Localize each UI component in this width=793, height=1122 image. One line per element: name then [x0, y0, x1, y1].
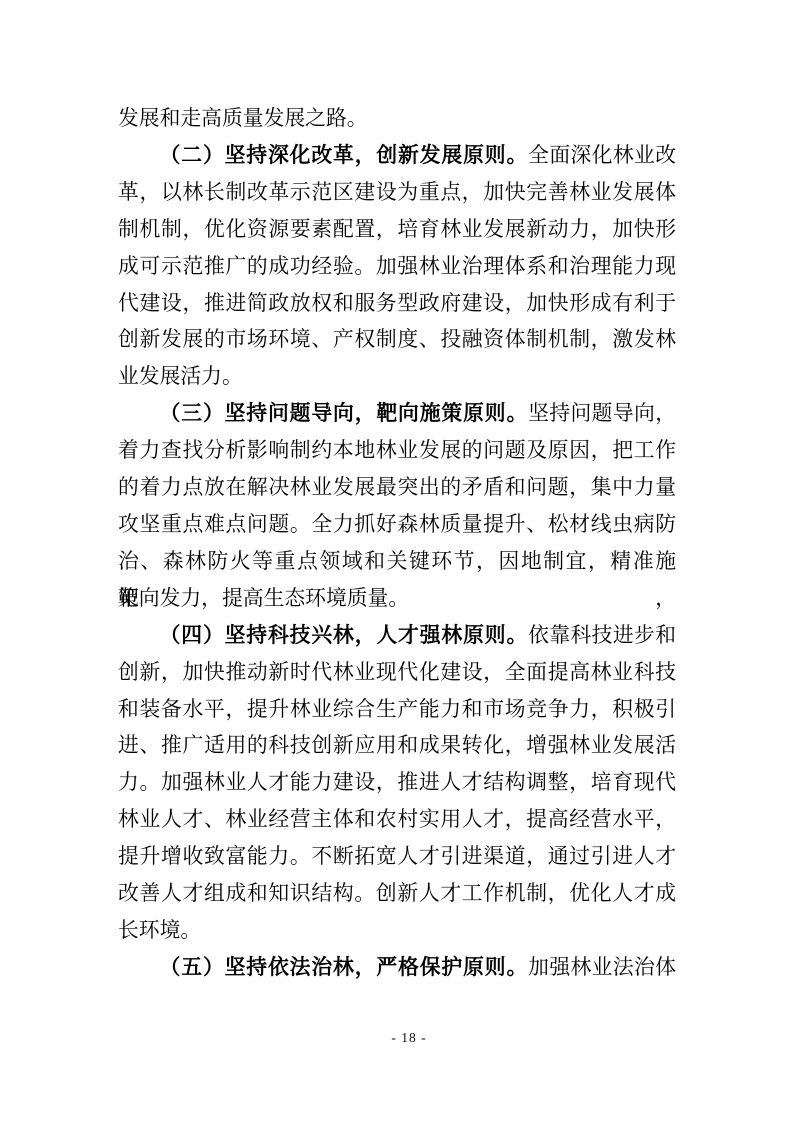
text-line: 革，以林长制改革示范区建设为重点，加快完善林业发展体 — [118, 175, 676, 212]
text-line: 代建设，推进简政放权和服务型政府建设，加快形成有利于 — [118, 286, 676, 323]
text-line: 的着力点放在解决林业发展最突出的矛盾和问题，集中力量 — [118, 470, 676, 507]
text-line: 治、森林防火等重点领域和关键环节，因地制宜，精准施策， — [118, 544, 676, 581]
section-heading: （三）坚持问题导向，靶向施策原则。 — [160, 402, 529, 425]
text-line: 创新发展的市场环境、产权制度、投融资体制机制，激发林 — [118, 322, 676, 359]
text-line: 提升增收致富能力。不断拓宽人才引进渠道，通过引进人才 — [118, 839, 676, 876]
text-line: 制机制，优化资源要素配置，培育林业发展新动力，加快形 — [118, 212, 676, 249]
text-line: 改善人才组成和知识结构。创新人才工作机制，优化人才成 — [118, 876, 676, 913]
section-heading: （四）坚持科技兴林，人才强林原则。 — [160, 624, 529, 647]
text-line: 业发展活力。 — [118, 359, 676, 396]
text-line: 发展和走高质量发展之路。 — [118, 101, 676, 138]
text-line: 长环境。 — [118, 913, 676, 950]
text-line: （三）坚持问题导向，靶向施策原则。坚持问题导向， — [118, 396, 676, 433]
section-heading: （二）坚持深化改革，创新发展原则。 — [160, 144, 529, 167]
text-line: （二）坚持深化改革，创新发展原则。全面深化林业改 — [118, 138, 676, 175]
document-body: 发展和走高质量发展之路。（二）坚持深化改革，创新发展原则。全面深化林业改革，以林… — [118, 101, 676, 987]
text-line: 和装备水平，提升林业综合生产能力和市场竞争力，积极引 — [118, 692, 676, 729]
text-line: 林业人才、林业经营主体和农村实用人才，提高经营水平， — [118, 802, 676, 839]
text-line: 成可示范推广的成功经验。加强林业治理体系和治理能力现 — [118, 249, 676, 286]
text-line: （四）坚持科技兴林，人才强林原则。依靠科技进步和 — [118, 618, 676, 655]
text-line: 攻坚重点难点问题。全力抓好森林质量提升、松材线虫病防 — [118, 507, 676, 544]
text-line: 进、推广适用的科技创新应用和成果转化，增强林业发展活 — [118, 728, 676, 765]
document-page: 发展和走高质量发展之路。（二）坚持深化改革，创新发展原则。全面深化林业改革，以林… — [0, 0, 793, 1122]
text-line: 力。加强林业人才能力建设，推进人才结构调整，培育现代 — [118, 765, 676, 802]
page-number: - 18 - — [25, 1030, 793, 1046]
text-line: （五）坚持依法治林，严格保护原则。加强林业法治体 — [118, 950, 676, 987]
text-line: 创新，加快推动新时代林业现代化建设，全面提高林业科技 — [118, 655, 676, 692]
section-heading: （五）坚持依法治林，严格保护原则。 — [160, 956, 529, 979]
text-line: 着力查找分析影响制约本地林业发展的问题及原因，把工作 — [118, 433, 676, 470]
